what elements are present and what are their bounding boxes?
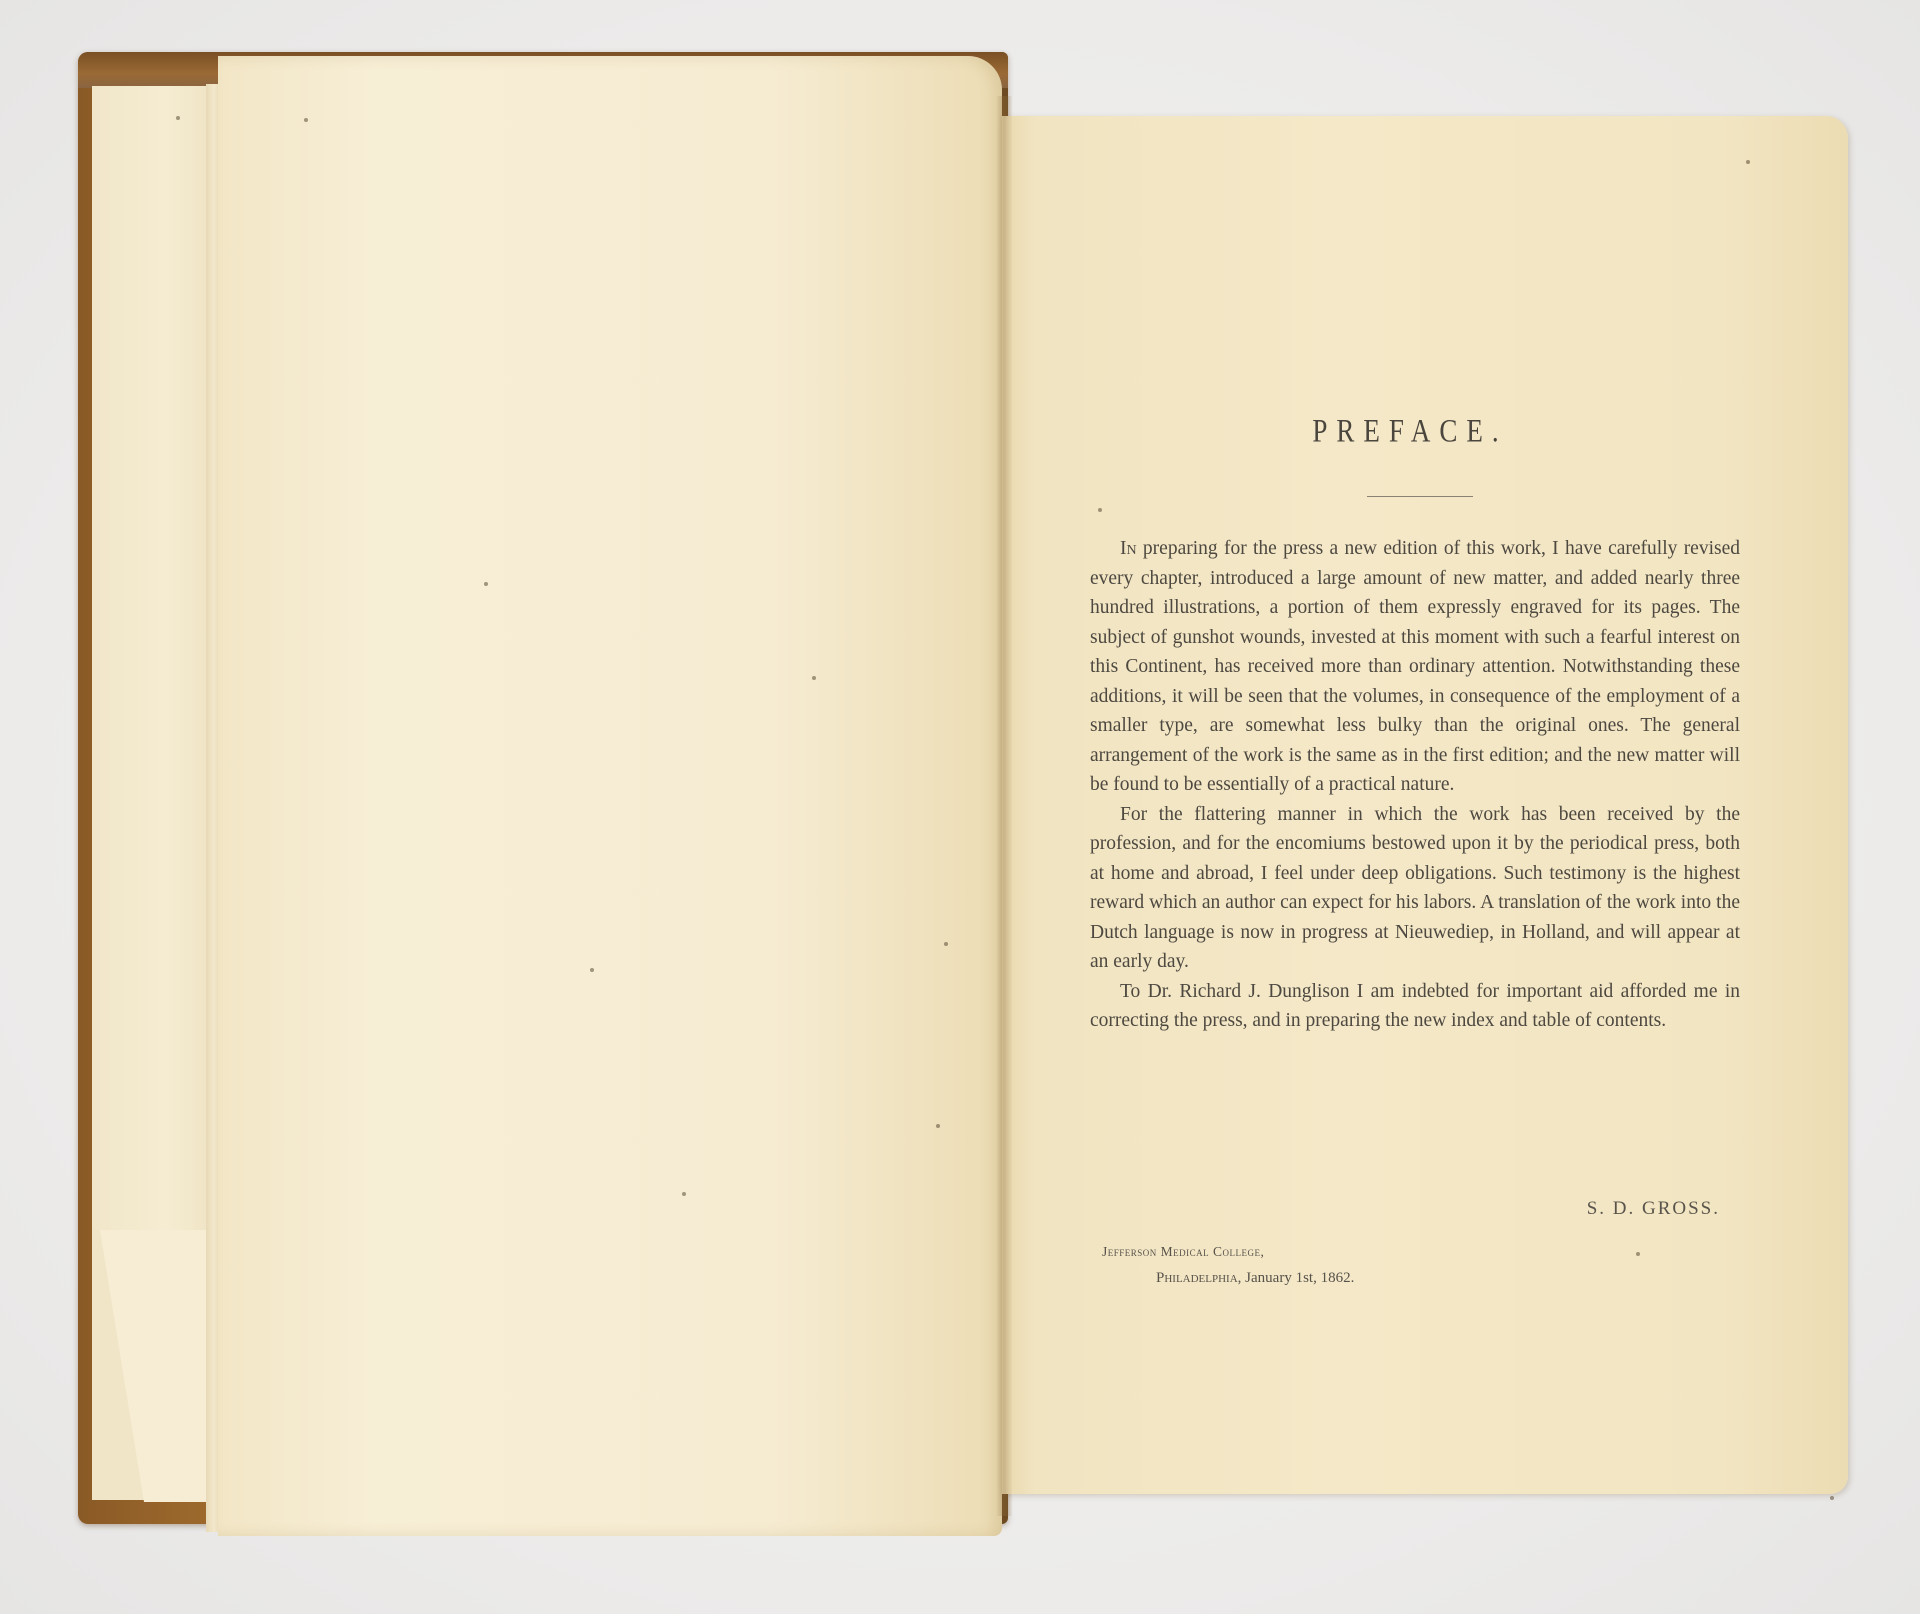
place-date: Philadelphia, January 1st, 1862. — [1156, 1270, 1354, 1287]
left-page-blank — [218, 56, 1002, 1536]
paragraph-3: To Dr. Richard J. Dunglison I am indebte… — [1090, 977, 1740, 1036]
foxing-speck — [1636, 1252, 1640, 1256]
institution: Jefferson Medical College, — [1102, 1244, 1264, 1260]
foxing-speck — [812, 676, 816, 680]
preface-body: In preparing for the press a new edition… — [1090, 534, 1740, 1036]
foxing-speck — [682, 1192, 686, 1196]
book-gutter — [996, 96, 1012, 1516]
foxing-speck — [1098, 508, 1102, 512]
title-divider — [1367, 496, 1473, 497]
foxing-speck — [944, 942, 948, 946]
foxing-speck — [1830, 1496, 1834, 1500]
drop-lead: In — [1120, 538, 1137, 559]
paragraph-text: For the flattering manner in which the w… — [1090, 804, 1740, 973]
foxing-speck — [176, 116, 180, 120]
author-signature: S. D. GROSS. — [1570, 1198, 1720, 1220]
paragraph-text: preparing for the press a new edition of… — [1090, 538, 1740, 795]
foxing-speck — [936, 1124, 940, 1128]
paragraph-2: For the flattering manner in which the w… — [1090, 800, 1740, 977]
page-title: PREFACE. — [1290, 413, 1530, 450]
foxing-speck — [484, 582, 488, 586]
paragraph-1: In preparing for the press a new edition… — [1090, 534, 1740, 800]
foxing-speck — [1746, 160, 1750, 164]
date: January 1st, 1862. — [1245, 1270, 1354, 1286]
paragraph-text: To Dr. Richard J. Dunglison I am indebte… — [1090, 981, 1740, 1032]
foxing-speck — [590, 968, 594, 972]
city: Philadelphia, — [1156, 1270, 1241, 1286]
foxing-speck — [304, 118, 308, 122]
